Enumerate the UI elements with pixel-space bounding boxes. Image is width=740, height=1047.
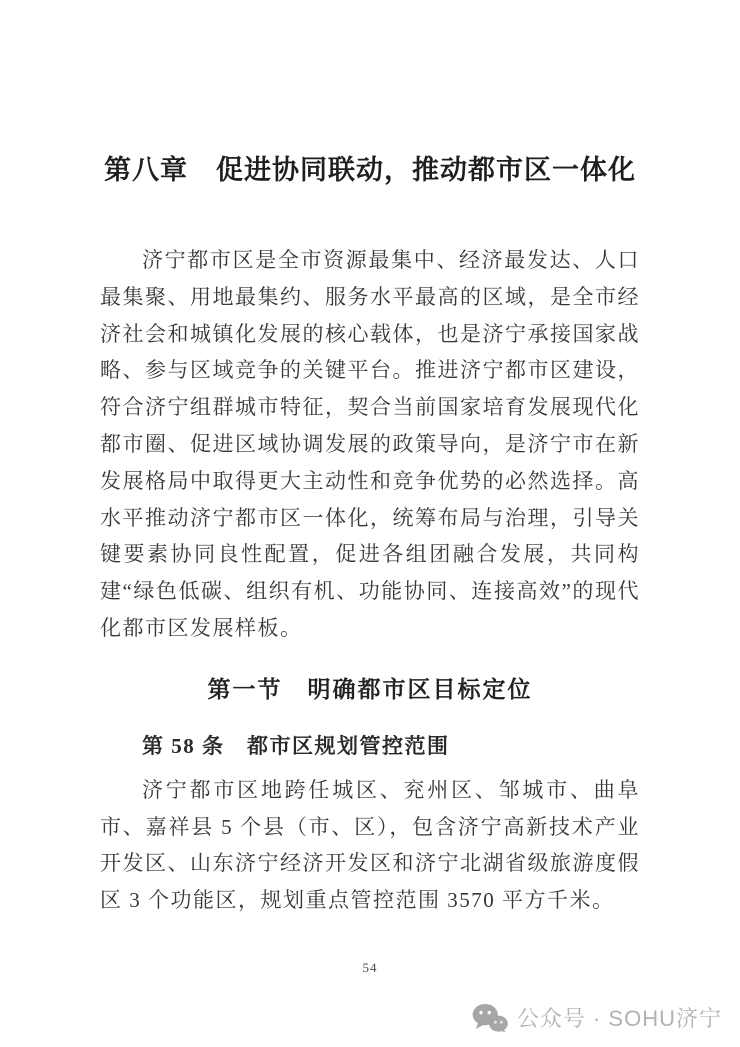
article-heading: 第 58 条 都市区规划管控范围 — [100, 730, 640, 760]
body-paragraph-2: 济宁都市区地跨任城区、兖州区、邹城市、曲阜市、嘉祥县 5 个县（市、区），包含济… — [100, 772, 640, 919]
page-number: 54 — [0, 960, 740, 976]
chapter-title: 第八章 促进协同联动，推动都市区一体化 — [0, 0, 740, 187]
watermark: 公众号 · SOHU济宁 — [472, 1002, 722, 1033]
section-title: 第一节 明确都市区目标定位 — [0, 671, 740, 704]
watermark-text: 公众号 · SOHU济宁 — [517, 1002, 722, 1033]
document-page: 第八章 促进协同联动，推动都市区一体化 济宁都市区是全市资源最集中、经济最发达、… — [0, 0, 740, 1047]
wechat-icon — [472, 1003, 508, 1033]
body-paragraph-1: 济宁都市区是全市资源最集中、经济最发达、人口最集聚、用地最集约、服务水平最高的区… — [100, 242, 640, 647]
